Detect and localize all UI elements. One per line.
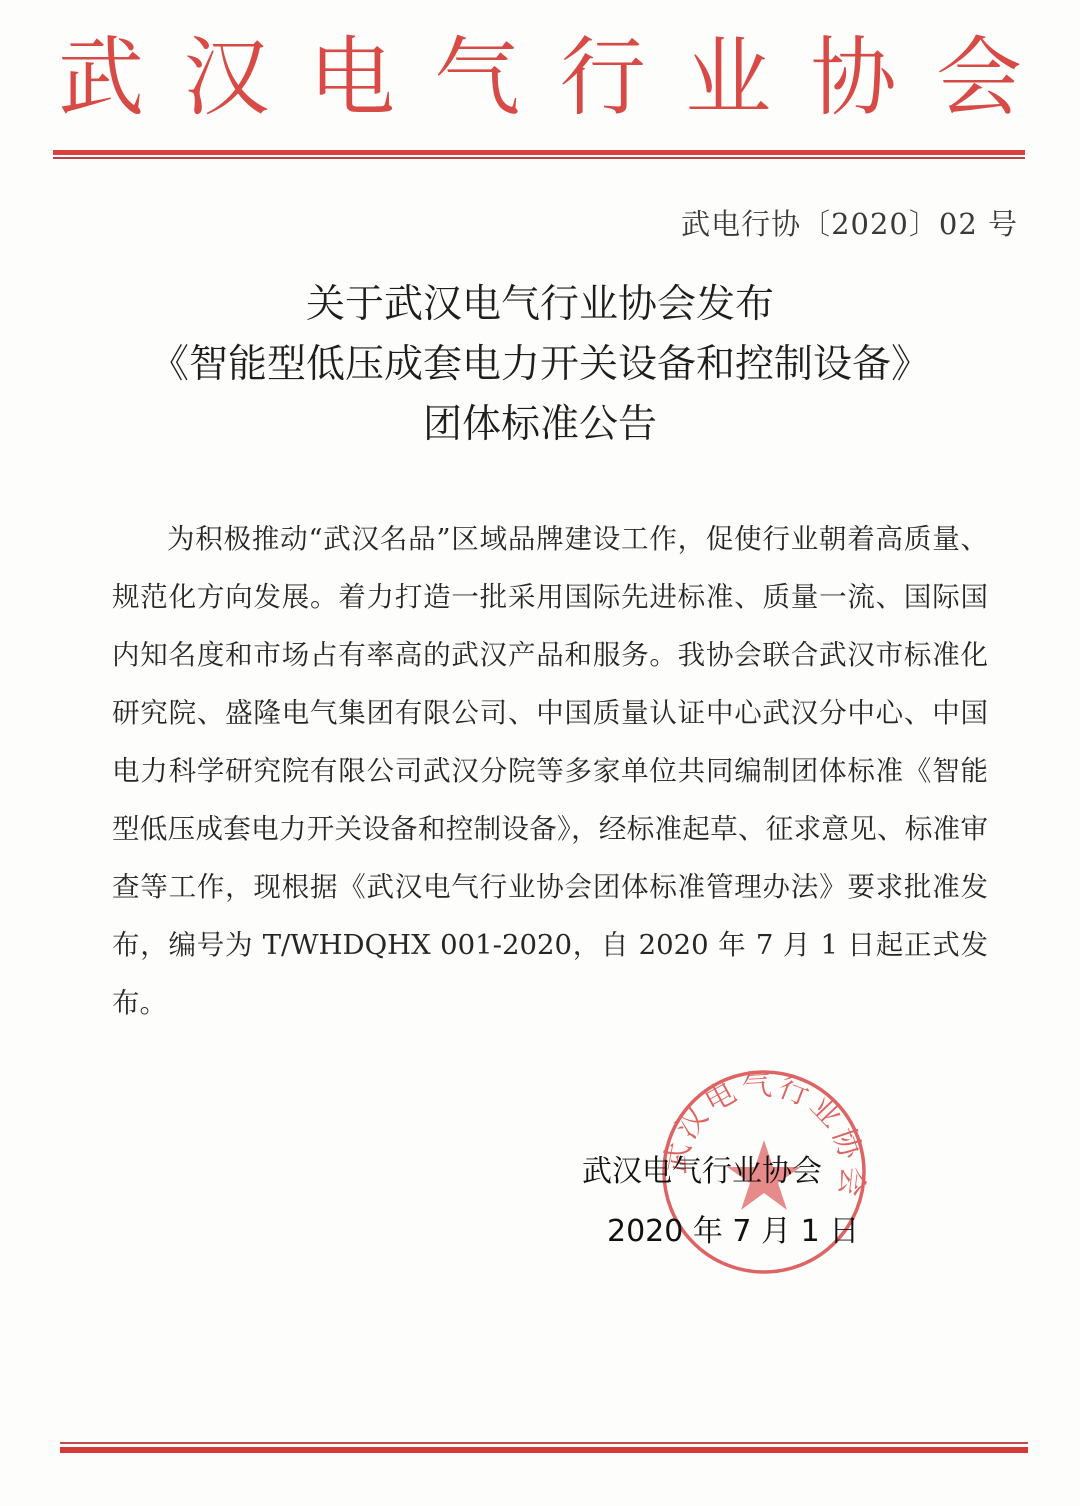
document-number: 武电行协〔2020〕02 号 (681, 202, 1018, 243)
letterhead-char: 协 (811, 28, 897, 128)
title-line: 关于武汉电气行业协会发布 (0, 275, 1080, 335)
letterhead-char: 汉 (183, 28, 269, 128)
letterhead-char: 行 (560, 28, 646, 128)
letterhead-char: 电 (309, 28, 395, 128)
divider-thick-line (60, 1447, 1028, 1453)
letterhead-char: 业 (685, 28, 771, 128)
letterhead-divider (53, 150, 1025, 159)
divider-thin-line (53, 157, 1025, 159)
letterhead-char: 会 (936, 28, 1022, 128)
letterhead-char: 武 (58, 28, 144, 128)
letterhead-char: 气 (434, 28, 520, 128)
signature-organization: 武汉电气行业协会 (582, 1146, 822, 1190)
title-line: 团体标准公告 (0, 395, 1080, 455)
document-body: 为积极推动“武汉名品”区域品牌建设工作，促使行业朝着高质量、规范化方向发展。着力… (112, 510, 988, 1032)
document-title: 关于武汉电气行业协会发布 《智能型低压成套电力开关设备和控制设备》 团体标准公告 (0, 275, 1080, 455)
title-line: 《智能型低压成套电力开关设备和控制设备》 (0, 335, 1080, 395)
letterhead-org-name: 武 汉 电 气 行 业 协 会 (40, 28, 1040, 128)
footer-divider (60, 1442, 1028, 1453)
signature-date: 2020 年 7 月 1 日 (607, 1206, 859, 1250)
